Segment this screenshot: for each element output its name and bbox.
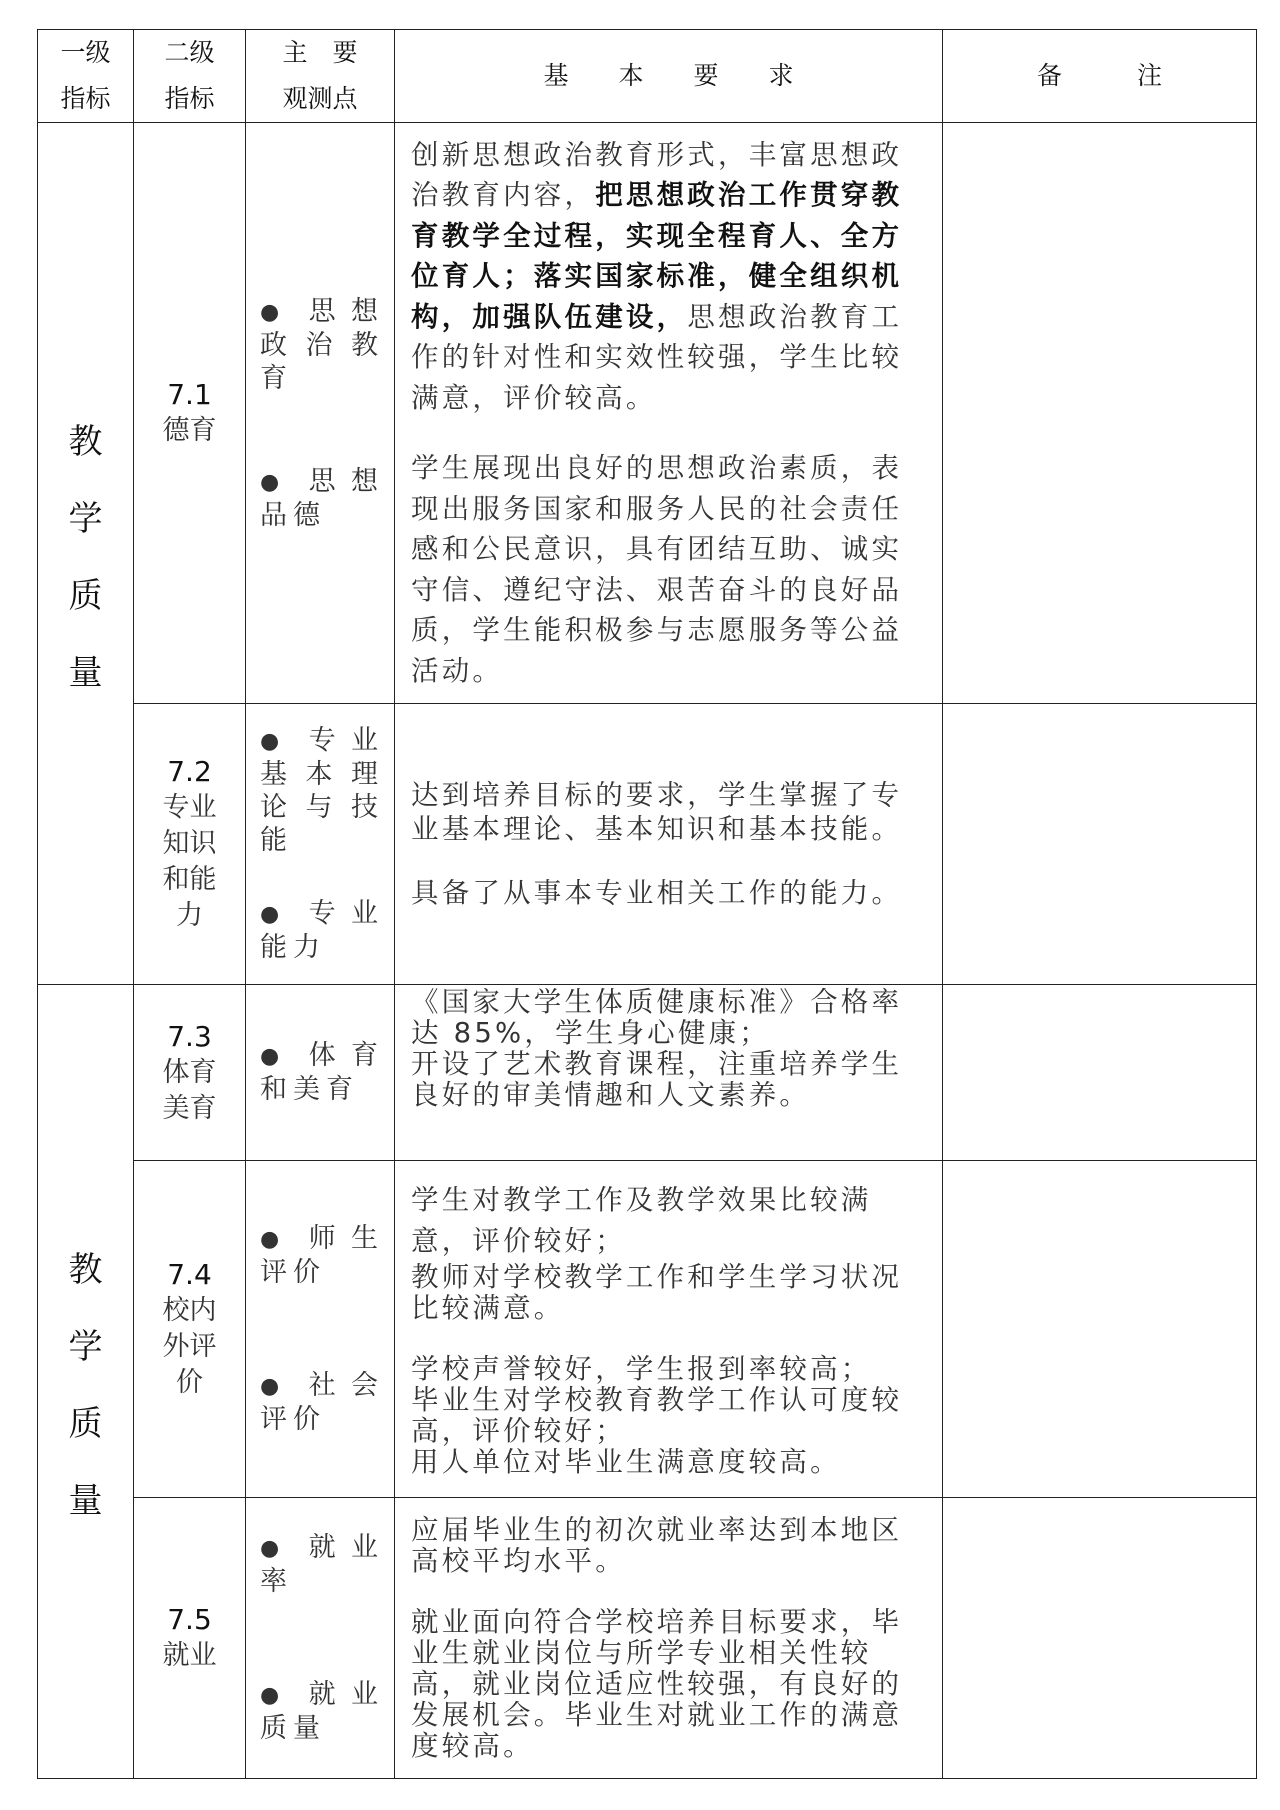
table-row: 教学质量 7.1德育 ●思想政治教育 ●思想品德 创新思想政治教育形式，丰富思想… <box>38 123 1257 704</box>
requirement-cell: 应届毕业生的初次就业率达到本地区高校平均水平。 就业面向符合学校培养目标要求，毕… <box>395 1498 943 1779</box>
observation-item: ●师生评价 <box>260 1222 384 1289</box>
observation-item: ●思想政治教育 <box>260 295 384 395</box>
table-row: 7.2专业知识和能力 ●专业基本理论与技能 ●专业能力 达到培养目标的要求，学生… <box>38 704 1257 985</box>
observation-item: ●思想品德 <box>260 465 384 532</box>
header-remark: 备 注 <box>943 30 1257 123</box>
observation-cell: ●师生评价 ●社会评价 <box>246 1161 395 1498</box>
header-observation: 主 要观测点 <box>246 30 395 123</box>
bullet-icon: ● <box>260 300 295 325</box>
level1-cell: 教学质量 <box>38 123 134 985</box>
observation-cell: ●专业基本理论与技能 ●专业能力 <box>246 704 395 985</box>
header-level2: 二级指标 <box>134 30 246 123</box>
header-requirement: 基 本 要 求 <box>395 30 943 123</box>
remark-cell <box>943 985 1257 1161</box>
observation-cell: ●就业率 ●就业质量 <box>246 1498 395 1779</box>
table-row: 教学质量 7.3体育美育 ●体育和美育 《国家大学生体质健康标准》合格率达 85… <box>38 985 1257 1161</box>
header-row: 一级指标 二级指标 主 要观测点 基 本 要 求 备 注 <box>38 30 1257 123</box>
bullet-icon: ● <box>260 1374 295 1399</box>
observation-item: ●社会评价 <box>260 1369 384 1436</box>
remark-cell <box>943 1161 1257 1498</box>
level2-cell: 7.3体育美育 <box>134 985 246 1161</box>
requirement-cell: 《国家大学生体质健康标准》合格率达 85%，学生身心健康； 开设了艺术教育课程，… <box>395 985 943 1161</box>
evaluation-table: 一级指标 二级指标 主 要观测点 基 本 要 求 备 注 教学质量 7.1德育 … <box>37 29 1257 1779</box>
observation-item: ●体育和美育 <box>260 1039 384 1106</box>
bullet-icon: ● <box>260 902 295 927</box>
requirement-cell: 学生对教学工作及教学效果比较满意，评价较好； 教师对学校教学工作和学生学习状况比… <box>395 1161 943 1498</box>
level2-cell: 7.1德育 <box>134 123 246 704</box>
requirement-cell: 创新思想政治教育形式，丰富思想政治教育内容，把思想政治工作贯穿教育教学全过程，实… <box>395 123 943 704</box>
bullet-icon: ● <box>260 470 295 495</box>
observation-item: ●专业基本理论与技能 <box>260 724 384 857</box>
table-row: 7.4校内外评价 ●师生评价 ●社会评价 学生对教学工作及教学效果比较满意，评价… <box>38 1161 1257 1498</box>
table-row: 7.5就业 ●就业率 ●就业质量 应届毕业生的初次就业率达到本地区高校平均水平。… <box>38 1498 1257 1779</box>
level2-cell: 7.4校内外评价 <box>134 1161 246 1498</box>
observation-cell: ●思想政治教育 ●思想品德 <box>246 123 395 704</box>
header-level1: 一级指标 <box>38 30 134 123</box>
observation-item: ●就业质量 <box>260 1678 384 1745</box>
remark-cell <box>943 1498 1257 1779</box>
bullet-icon: ● <box>260 1227 295 1252</box>
remark-cell <box>943 123 1257 704</box>
level1-cell: 教学质量 <box>38 985 134 1779</box>
bullet-icon: ● <box>260 1683 295 1708</box>
level2-cell: 7.5就业 <box>134 1498 246 1779</box>
observation-item: ●就业率 <box>260 1531 384 1598</box>
observation-item: ●专业能力 <box>260 897 384 964</box>
remark-cell <box>943 704 1257 985</box>
observation-cell: ●体育和美育 <box>246 985 395 1161</box>
requirement-cell: 达到培养目标的要求，学生掌握了专业基本理论、基本知识和基本技能。 具备了从事本专… <box>395 704 943 985</box>
bullet-icon: ● <box>260 729 295 754</box>
level2-cell: 7.2专业知识和能力 <box>134 704 246 985</box>
bullet-icon: ● <box>260 1536 295 1561</box>
bullet-icon: ● <box>260 1044 295 1069</box>
